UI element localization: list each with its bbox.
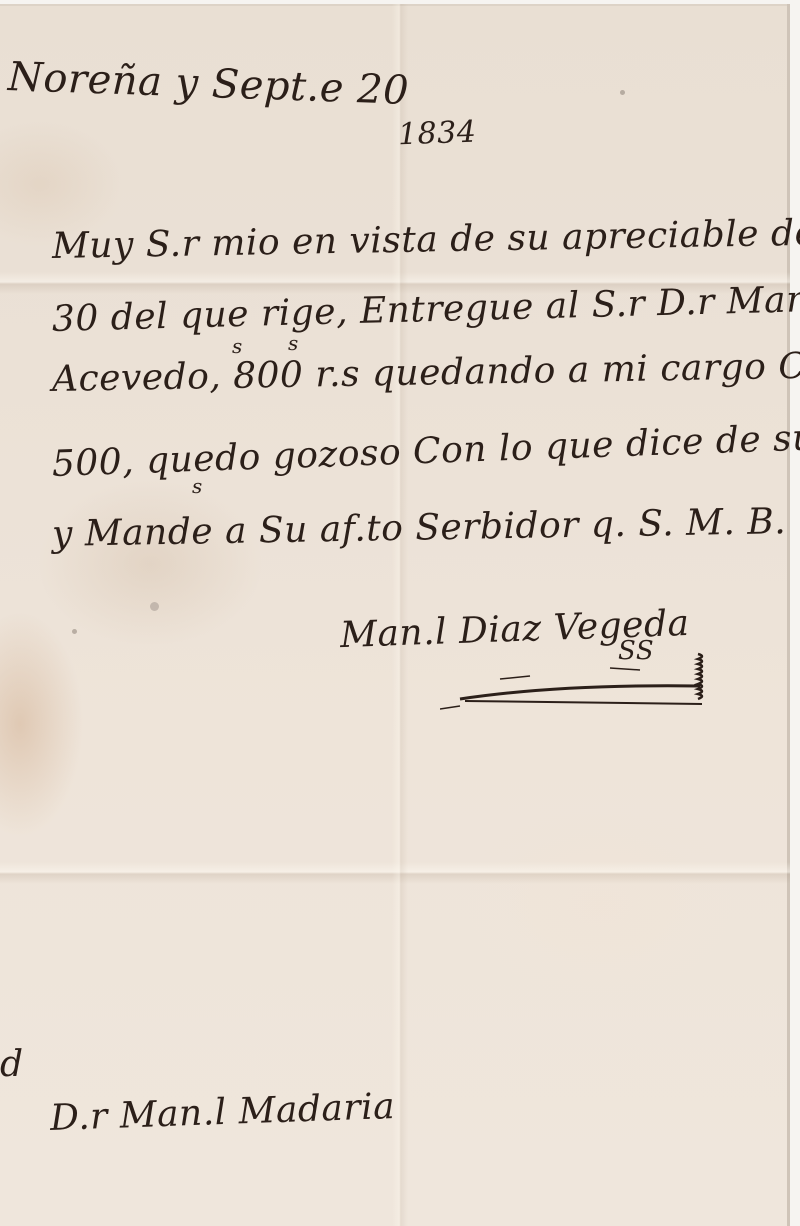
body-line-1: Muy S.r mio en vista de su apreciable de… <box>52 212 800 267</box>
interlinear-mark: s <box>192 474 203 498</box>
ink-spot <box>72 629 77 634</box>
signature-rubric-flourish <box>440 644 710 714</box>
ink-spot <box>620 90 625 95</box>
addressee-name: D.r Man.l Madaria <box>49 1086 395 1139</box>
interlinear-mark: s <box>288 331 299 355</box>
letter-paper: Noreña y Sept.e 20 1834 Muy S.r mio en v… <box>0 4 790 1226</box>
body-line-5: y Mande a Su af.to Serbidor q. S. M. B. <box>52 501 787 555</box>
body-line-4: 500, quedo gozoso Con lo que dice de su … <box>51 413 800 485</box>
year: 1834 <box>397 115 477 153</box>
addressee-margin-fragment: d <box>0 1044 24 1085</box>
interlinear-mark: s <box>232 334 243 358</box>
body-line-3: Acevedo, 800 r.s quedando a mi cargo Com… <box>52 343 800 400</box>
ink-spot <box>150 602 159 611</box>
place-date: Noreña y Sept.e 20 <box>7 54 410 114</box>
